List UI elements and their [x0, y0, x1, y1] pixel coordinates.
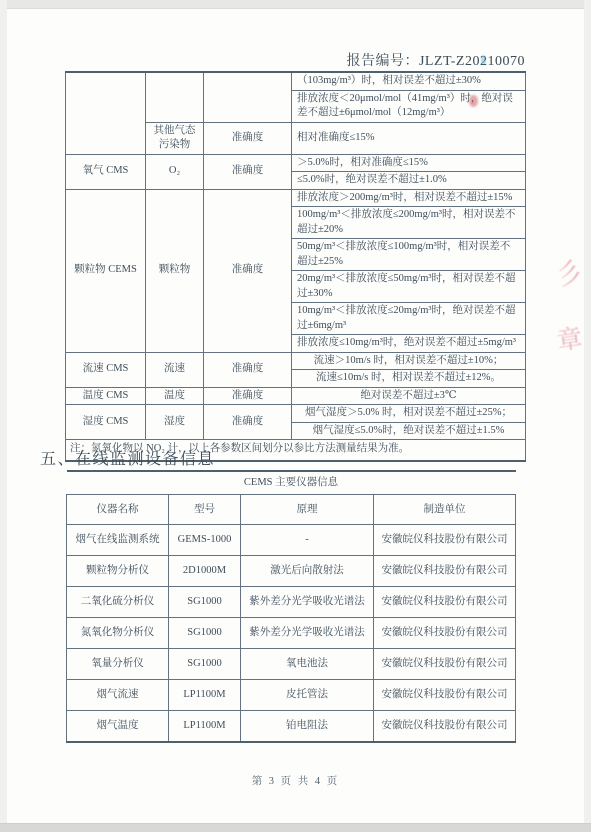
cell-principle: 氧电池法	[241, 649, 374, 680]
scan-edge-top	[0, 0, 591, 9]
cell-manufacturer: 安徽皖仪科技股份有限公司	[374, 556, 516, 587]
accuracy-requirements-table: （103mg/m³）时，相对误差不超过±30% 排放浓度＜20μmol/mol（…	[65, 71, 526, 462]
cell-spec: 排放浓度＞200mg/m³时，相对误差不超过±15%	[292, 189, 526, 207]
table-row: 烟气在线监测系统 GEMS-1000 - 安徽皖仪科技股份有限公司	[67, 525, 516, 556]
cems-instrument-table: CEMS 主要仪器信息 仪器名称 型号 原理 制造单位 烟气在线监测系统 GEM…	[66, 470, 516, 743]
cell-spec: 相对准确度≤15%	[292, 122, 526, 154]
cell-system: 氧气 CMS	[66, 154, 146, 189]
cell-system: 湿度 CMS	[66, 405, 146, 440]
scanned-report-page: 报告编号：JLZT-Z20210070 （103mg/m³）时，相对误差不超过±…	[0, 0, 591, 832]
scan-edge-bottom	[0, 823, 591, 832]
cell-index: 准确度	[204, 405, 292, 440]
cell-manufacturer: 安徽皖仪科技股份有限公司	[374, 525, 516, 556]
cell-model: LP1100M	[169, 680, 241, 711]
table-row: （103mg/m³）时，相对误差不超过±30%	[66, 72, 526, 90]
cell-manufacturer: 安徽皖仪科技股份有限公司	[374, 587, 516, 618]
cell-spec: 流速≤10m/s 时，相对误差不超过±12%。	[292, 370, 526, 388]
cell-principle: -	[241, 525, 374, 556]
scan-artifact	[481, 55, 486, 65]
cell-param: 流速	[146, 352, 204, 387]
red-seal-fragment-icon: 章	[555, 318, 585, 357]
table-caption-row: CEMS 主要仪器信息	[67, 471, 516, 495]
table-header-row: 仪器名称 型号 原理 制造单位	[67, 495, 516, 525]
cell-spec: 烟气湿度≤5.0%时，绝对误差不超过±1.5%	[292, 422, 526, 440]
cell-principle: 激光后向散射法	[241, 556, 374, 587]
table-row: 氮氧化物分析仪 SG1000 紫外差分光学吸收光谱法 安徽皖仪科技股份有限公司	[67, 618, 516, 649]
cell-system: 颗粒物 CEMS	[66, 189, 146, 352]
cell-param: 颗粒物	[146, 189, 204, 352]
cell-index: 准确度	[204, 154, 292, 189]
column-header: 制造单位	[374, 495, 516, 525]
cell-index: 准确度	[204, 387, 292, 405]
table-row: 流速 CMS 流速 准确度 流速＞10m/s 时，相对误差不超过±10%；	[66, 352, 526, 370]
table-row: 二氧化硫分析仪 SG1000 紫外差分光学吸收光谱法 安徽皖仪科技股份有限公司	[67, 587, 516, 618]
cell-instrument: 氧量分析仪	[67, 649, 169, 680]
table-row: 烟气温度 LP1100M 铂电阻法 安徽皖仪科技股份有限公司	[67, 711, 516, 743]
cell-spec: 绝对误差不超过±3℃	[292, 387, 526, 405]
cell-spec: 排放浓度≤10mg/m³时，绝对误差不超过±5mg/m³	[292, 335, 526, 353]
red-seal-fragment-icon: 彡	[551, 249, 587, 293]
table-caption: CEMS 主要仪器信息	[67, 471, 516, 495]
cell-model: SG1000	[169, 618, 241, 649]
cell-index: 准确度	[204, 122, 292, 154]
cell-spec: ＞5.0%时，相对准确度≤15%	[292, 154, 526, 172]
cell-instrument: 烟气温度	[67, 711, 169, 743]
cell-model: 2D1000M	[169, 556, 241, 587]
cell-spec: 10mg/m³＜排放浓度≤20mg/m³时，绝对误差不超过±6mg/m³	[292, 303, 526, 335]
cell-empty-index	[204, 72, 292, 122]
table-row: 湿度 CMS 湿度 准确度 烟气湿度＞5.0% 时，相对误差不超过±25%；	[66, 405, 526, 423]
cell-principle: 铂电阻法	[241, 711, 374, 743]
cell-spec: 流速＞10m/s 时，相对误差不超过±10%；	[292, 352, 526, 370]
cell-empty-system	[66, 72, 146, 154]
cell-param: 温度	[146, 387, 204, 405]
cell-spec: （103mg/m³）时，相对误差不超过±30%	[292, 72, 526, 90]
report-number: 报告编号：JLZT-Z20210070	[346, 50, 525, 70]
cell-param: 其他气态污染物	[146, 122, 204, 154]
cell-spec: 烟气湿度＞5.0% 时，相对误差不超过±25%；	[292, 405, 526, 423]
cell-spec: ≤5.0%时，绝对误差不超过±1.0%	[292, 172, 526, 190]
cell-instrument: 颗粒物分析仪	[67, 556, 169, 587]
table-row: 温度 CMS 温度 准确度 绝对误差不超过±3℃	[66, 387, 526, 405]
table-row: 颗粒物 CEMS 颗粒物 准确度 排放浓度＞200mg/m³时，相对误差不超过±…	[66, 189, 526, 207]
column-header: 原理	[241, 495, 374, 525]
cell-spec: 20mg/m³＜排放浓度≤50mg/m³时，相对误差不超过±30%	[292, 271, 526, 303]
cell-principle: 紫外差分光学吸收光谱法	[241, 618, 374, 649]
scan-edge-left	[0, 0, 7, 832]
cell-model: LP1100M	[169, 711, 241, 743]
cell-principle: 皮托管法	[241, 680, 374, 711]
cell-empty-param	[146, 72, 204, 122]
cell-spec: 100mg/m³＜排放浓度≤200mg/m³时，相对误差不超过±20%	[292, 207, 526, 239]
cell-index: 准确度	[204, 352, 292, 387]
column-header: 型号	[169, 495, 241, 525]
table-row: 颗粒物分析仪 2D1000M 激光后向散射法 安徽皖仪科技股份有限公司	[67, 556, 516, 587]
page-number: 第 3 页 共 4 页	[0, 773, 591, 788]
cell-spec: 50mg/m³＜排放浓度≤100mg/m³时，相对误差不超过±25%	[292, 239, 526, 271]
cell-system: 流速 CMS	[66, 352, 146, 387]
table-row: 氧气 CMS O₂ 准确度 ＞5.0%时，相对准确度≤15%	[66, 154, 526, 172]
cell-instrument: 烟气在线监测系统	[67, 525, 169, 556]
cell-instrument: 氮氧化物分析仪	[67, 618, 169, 649]
cell-manufacturer: 安徽皖仪科技股份有限公司	[374, 680, 516, 711]
cell-principle: 紫外差分光学吸收光谱法	[241, 587, 374, 618]
report-number-value: JLZT-Z20210070	[419, 54, 525, 69]
cell-manufacturer: 安徽皖仪科技股份有限公司	[374, 711, 516, 743]
section-title: 五、在线监测设备信息	[40, 446, 215, 469]
cell-index: 准确度	[204, 189, 292, 352]
scan-edge-right	[584, 0, 591, 832]
table-row: 氧量分析仪 SG1000 氧电池法 安徽皖仪科技股份有限公司	[67, 649, 516, 680]
cell-manufacturer: 安徽皖仪科技股份有限公司	[374, 649, 516, 680]
cell-param: 湿度	[146, 405, 204, 440]
column-header: 仪器名称	[67, 495, 169, 525]
cell-model: SG1000	[169, 649, 241, 680]
cell-manufacturer: 安徽皖仪科技股份有限公司	[374, 618, 516, 649]
cell-instrument: 烟气流速	[67, 680, 169, 711]
cell-model: GEMS-1000	[169, 525, 241, 556]
report-number-label: 报告编号：	[346, 54, 419, 69]
cell-instrument: 二氧化硫分析仪	[67, 587, 169, 618]
table-row: 烟气流速 LP1100M 皮托管法 安徽皖仪科技股份有限公司	[67, 680, 516, 711]
ink-smudge	[469, 95, 478, 107]
cell-model: SG1000	[169, 587, 241, 618]
cell-spec: 排放浓度＜20μmol/mol（41mg/m³）时，绝对误差不超过±6μmol/…	[292, 90, 526, 122]
cell-system: 温度 CMS	[66, 387, 146, 405]
cell-param: O₂	[146, 154, 204, 189]
